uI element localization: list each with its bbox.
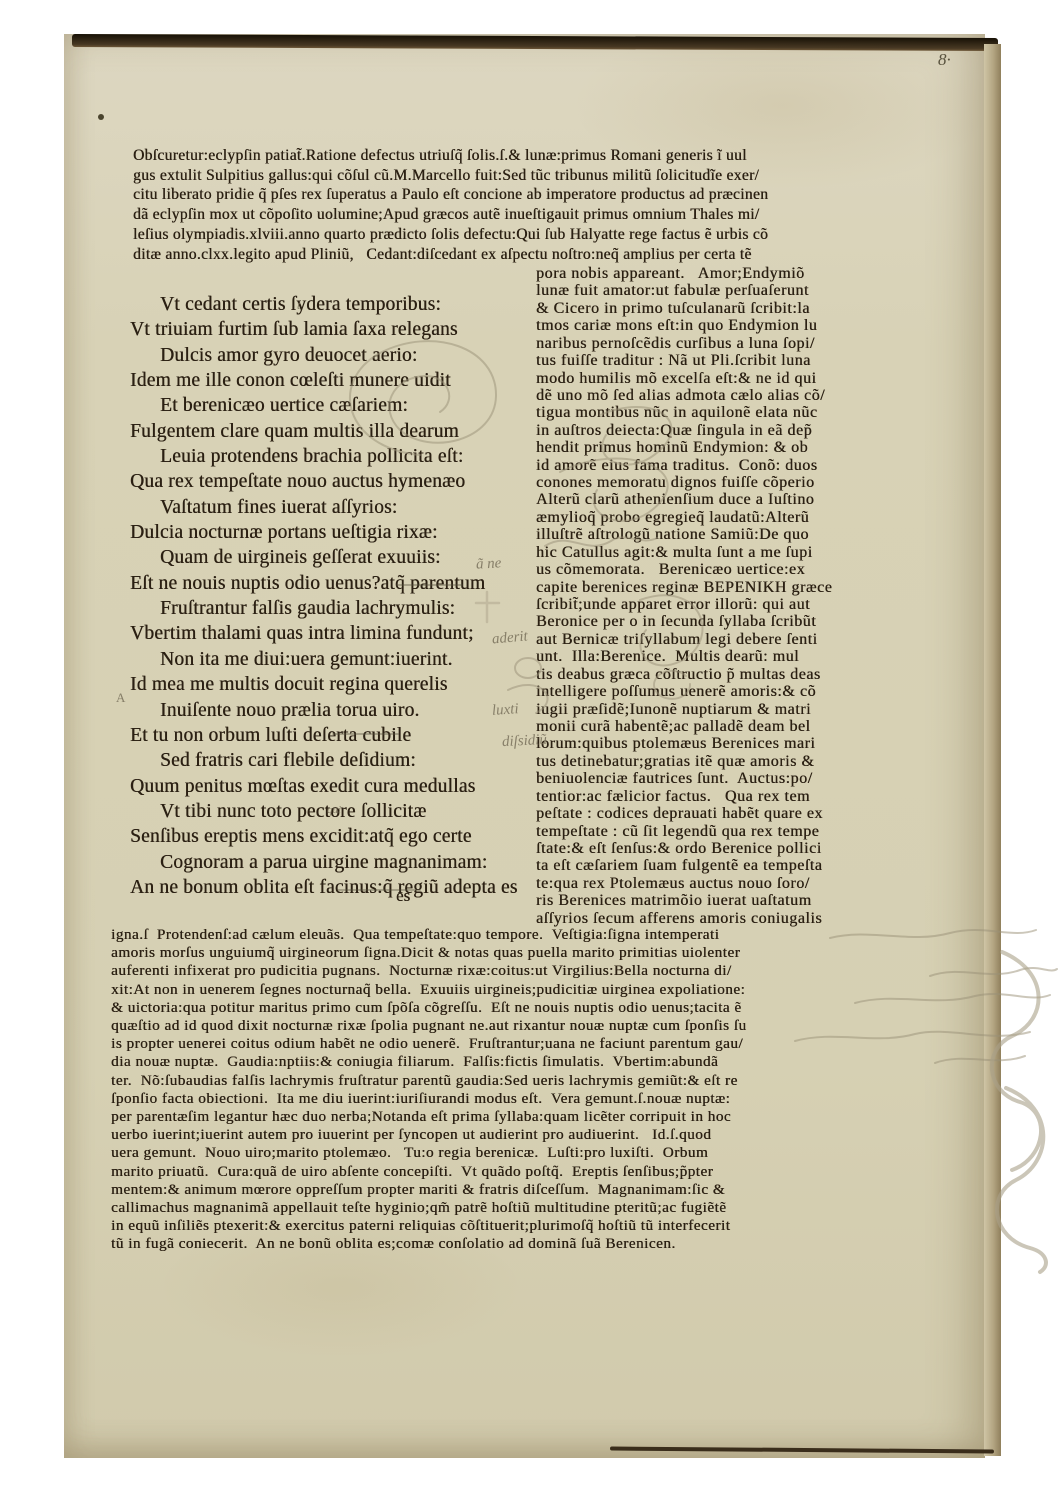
verse-line: Quum penitus mœſtas exedit cura medullas [130,774,518,799]
verse-line: Qua rex tempeſtate nouo auctus hymenæo [130,469,518,494]
marginalia-qui-gloss: qui [327,804,341,816]
bottom-commentary-block: igna.ſ Protendenſ:ad cælum eleuãs. Qua t… [111,926,747,1254]
commentary-line: tmos cariæ mons eſt:in quo Endymion lu [536,317,832,334]
marginalia-aderit-gloss: aderit [491,628,528,648]
commentary-line: amoris morſus unguiumq̃ uirgineorum ſign… [111,944,747,962]
verse-column: Vt cedant certis ſydera temporibus:Vt tr… [130,292,518,900]
verse-line: Non ita me diui:uera gemunt:iuerint. [130,647,518,672]
top-commentary-block: Obſcuretur:eclypſin patiat̃.Ratione defe… [133,146,768,264]
verse-line: Senſibus ereptis mens excidit:atq̃ ego c… [130,824,518,849]
commentary-line: mentem:& animum mœrore oppreſſum propter… [111,1181,747,1199]
commentary-line: capite berenices reginæ ΒΕΡΕΝΙΚΗ græce [536,579,832,596]
commentary-line: conones memoratu dignos fuiſſe cõperio [536,474,832,491]
commentary-line: tigua montibus nũc in aquilonẽ elata nũc [536,404,832,421]
verse-line: Et tu non orbum luſti deſerta cubile [130,723,518,748]
commentary-line: id amorẽ eius fama traditus. Conõ: duos [536,457,832,474]
page-scan: 8· Obſcuretur:eclypſin patiat̃.Ratione d… [0,0,1060,1500]
commentary-line: aut Bernicæ triſyllabum legi debere ſent… [536,631,832,648]
commentary-line: intelligere poſſumus uenerẽ amoris:& cõ [536,683,832,700]
commentary-line: tus fuiſſe traditur : Nã ut Pli.ſcribit … [536,352,832,369]
commentary-line: lunæ fuit amator:ut fabulæ perſuaſerunt [536,282,832,299]
verse-line: Sed fratris cari flebile deſidium: [130,748,518,773]
commentary-line: tentior:ac fælicior factus. Qua rex tem [536,788,832,805]
commentary-line: us cõmemorata. Berenicæo uertice:ex [536,561,832,578]
fore-edge [984,44,1001,1456]
commentary-line: igna.ſ Protendenſ:ad cælum eleuãs. Qua t… [111,926,747,944]
printed-correction-es: es [396,886,410,906]
commentary-line: leſius olympiadis.xlviii.anno quarto præ… [133,225,768,245]
commentary-line: ſcribit̃;unde apparet error illorũ: qui … [536,596,832,613]
commentary-line: ta eſt cæſariem ſuam fulgentẽ ea tempeſt… [536,857,832,874]
verse-line: Dulcia nocturnæ portans ueſtigia rixæ: [130,520,518,545]
verse-line: An ne bonum oblita eſt facinus:q̃ regiũ … [130,875,518,900]
verse-line: Dulcis amor gyro deuocet aerio: [130,343,518,368]
commentary-line: dia nouæ nuptæ. Gaudia:nptiis:& coniugia… [111,1053,747,1071]
verse-line: Idem me ille conon cœleſti munere uidit [130,368,518,393]
commentary-column: pora nobis appareant. Amor;Endymiõlunæ f… [536,265,832,927]
commentary-line: te:qua rex Ptolemæus auctus nouo ſoro/ [536,875,832,892]
marginalia-paragraph-mark: A [116,690,125,706]
commentary-line: aſſyrios ſecum afferens amoris coniugali… [536,910,832,927]
verse-line: Fulgentem clare quam multis illa dearum [130,419,518,444]
folio-number: 8· [938,50,951,70]
verse-line: Inuiſente nouo prælia torua uiro. [130,698,518,723]
commentary-line: lorum:quibus ptolemæus Berenices mari [536,735,832,752]
commentary-line: Beronice per o in ſecunda ſyllaba ſcribũ… [536,613,832,630]
commentary-line: monii curã habentẽ;ac palladẽ deam bel [536,718,832,735]
commentary-line: Alterũ clarũ athenienſium duce a Iuſtino [536,491,832,508]
commentary-line: illuſtrẽ aſtrologũ natione Samiũ:De quo [536,526,832,543]
commentary-line: dã eclypſin mox ut cõpoſito uolumine;Apu… [133,205,768,225]
commentary-line: ditæ anno.clxx.legito apud Pliniũ, Cedan… [133,245,768,265]
commentary-line: auferenti infixerat pro pudicitia pugnan… [111,962,747,980]
commentary-line: tis deabus græca cõſtructio p̃ multas de… [536,666,832,683]
commentary-line: peſtate : codices deprauati habẽt quare … [536,805,832,822]
commentary-line: iugii præſidẽ;Iunonẽ nuptiarum & matri [536,701,832,718]
commentary-line: per parentæſim legantur hæc duo nerba;No… [111,1108,747,1126]
commentary-line: uera gemunt. Nouo uiro;marito ptolemæo. … [111,1144,747,1162]
commentary-line: tus detinebatur;gratias itẽ quæ amoris & [536,753,832,770]
commentary-line: beniuolenciæ fautrices ſunt. Auctus:po/ [536,770,832,787]
verse-line: Fruſtrantur falſis gaudia lachrymulis: [130,596,518,621]
commentary-line: ſtate:& eſt ſenſus:& ordo Berenice polli… [536,840,832,857]
verse-line: Quam de uirgineis geſſerat exuuiis: [130,545,518,570]
commentary-line: pora nobis appareant. Amor;Endymiõ [536,265,832,282]
commentary-line: dẽ uno mõ ſed alias admota cælo alias cõ… [536,387,832,404]
marginalia-dissidium-gloss: diſsidiũ [502,732,548,751]
verse-line: Eſt ne nouis nuptis odio uenus?atq̃ pare… [130,571,518,596]
commentary-line: in equũ inſiliẽs ptexerit:& exercitus pa… [111,1217,747,1235]
commentary-line: ſponſio facta obiectioni. Ita me diu iue… [111,1090,747,1108]
commentary-line: & uictoria:qua potitur maritus primo cum… [111,999,747,1017]
verse-line: Et berenicæo uertice cæſariem: [130,393,518,418]
commentary-line: unt. Illa:Berenice. Multis dearũ: mul [536,648,832,665]
commentary-line: uerbo iuerint;iuerint autem pro iuuerint… [111,1126,747,1144]
commentary-line: tempeſtate : cũ ſit legendũ qua rex temp… [536,823,832,840]
commentary-line: & Cicero in primo tuſculanarũ ſcribit:la [536,300,832,317]
commentary-line: naribus pernoſcẽdis curſibus a luna ſopi… [536,335,832,352]
commentary-line: Obſcuretur:eclypſin patiat̃.Ratione defe… [133,146,768,166]
marginalia-est-ne-gloss: ã ne [476,555,502,573]
verse-line: Vbertim thalami quas intra limina fundun… [130,621,518,646]
commentary-line: marito priuatũ. Cura:quã de uiro abſente… [111,1163,747,1181]
marginalia-t-correction: t [297,298,300,313]
verse-line: Cognoram a parua uirgine magnanimam: [130,850,518,875]
verse-line: Vt triuiam furtim ſub lamia ſaxa relegan… [130,317,518,342]
commentary-line: citu liberato pridie q̃ pſes rex ſuperat… [133,185,768,205]
marginalia-luxti-gloss: luxti [491,701,519,720]
verse-line: Vt tibi nunc toto pectore ſollicitæ [130,799,518,824]
commentary-line: ter. Nõ:ſubaudias falſis lachrymis fruſt… [111,1072,747,1090]
commentary-line: tũ in fugã coniecerit. An ne bonũ oblita… [111,1235,747,1253]
verse-line: Vaſtatum fines iuerat aſſyrios: [130,495,518,520]
verse-line: Id mea me multis docuit regina querelis [130,672,518,697]
commentary-line: æmylioq̃ probo egregieq̃ laudatũ:Alterũ [536,509,832,526]
ink-spot [98,114,104,120]
commentary-line: in auſtros deiecta:Quæ ſingula in eã dep… [536,422,832,439]
commentary-line: callimachus magnanimã appellauit teſte h… [111,1199,747,1217]
commentary-line: modo humilis mõ excelſa eſt:& ne id qui [536,370,832,387]
commentary-line: is propter uenerei coitus odium habẽt ne… [111,1035,747,1053]
commentary-line: gus extulit Sulpitius gallus:qui cõſul c… [133,166,768,186]
commentary-line: ris Berenices matrimõio iuerat uaſtatum [536,892,832,909]
commentary-line: quæſtio ad id quod dixit nocturnæ rixæ ſ… [111,1017,747,1035]
verse-line: Leuia protendens brachia pollicita eſt: [130,444,518,469]
commentary-line: hendit primus hominũ Endymion: & ob [536,439,832,456]
commentary-line: hic Catullus agit:& multa ſunt a me ſupi [536,544,832,561]
verse-line: Vt cedant certis ſydera temporibus: [130,292,518,317]
commentary-line: xit:At non in uenerem ſegnes nocturnaq̃ … [111,981,747,999]
